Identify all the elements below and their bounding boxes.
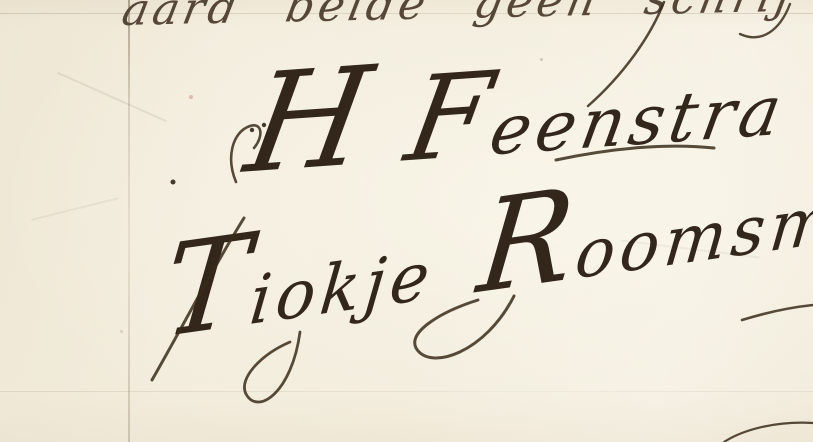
margin-rule-line: [128, 0, 130, 442]
pencil-showthrough-mark: [57, 72, 167, 123]
paper-speck: [120, 330, 123, 333]
pen-dash-stroke: [742, 305, 813, 320]
pencil-showthrough-mark: [31, 197, 119, 221]
signature-2-given-name: Tiokje: [158, 191, 443, 358]
paper-speck: [189, 95, 193, 99]
signature-1-given-initial: H: [238, 47, 385, 193]
manuscript-scan-page: aard beide geen schrij HFeenstra TiokjeR…: [0, 0, 813, 442]
corner-flourish-stroke: [724, 423, 813, 442]
ink-dot: [171, 180, 176, 185]
paper-crease-bottom: [0, 391, 813, 392]
